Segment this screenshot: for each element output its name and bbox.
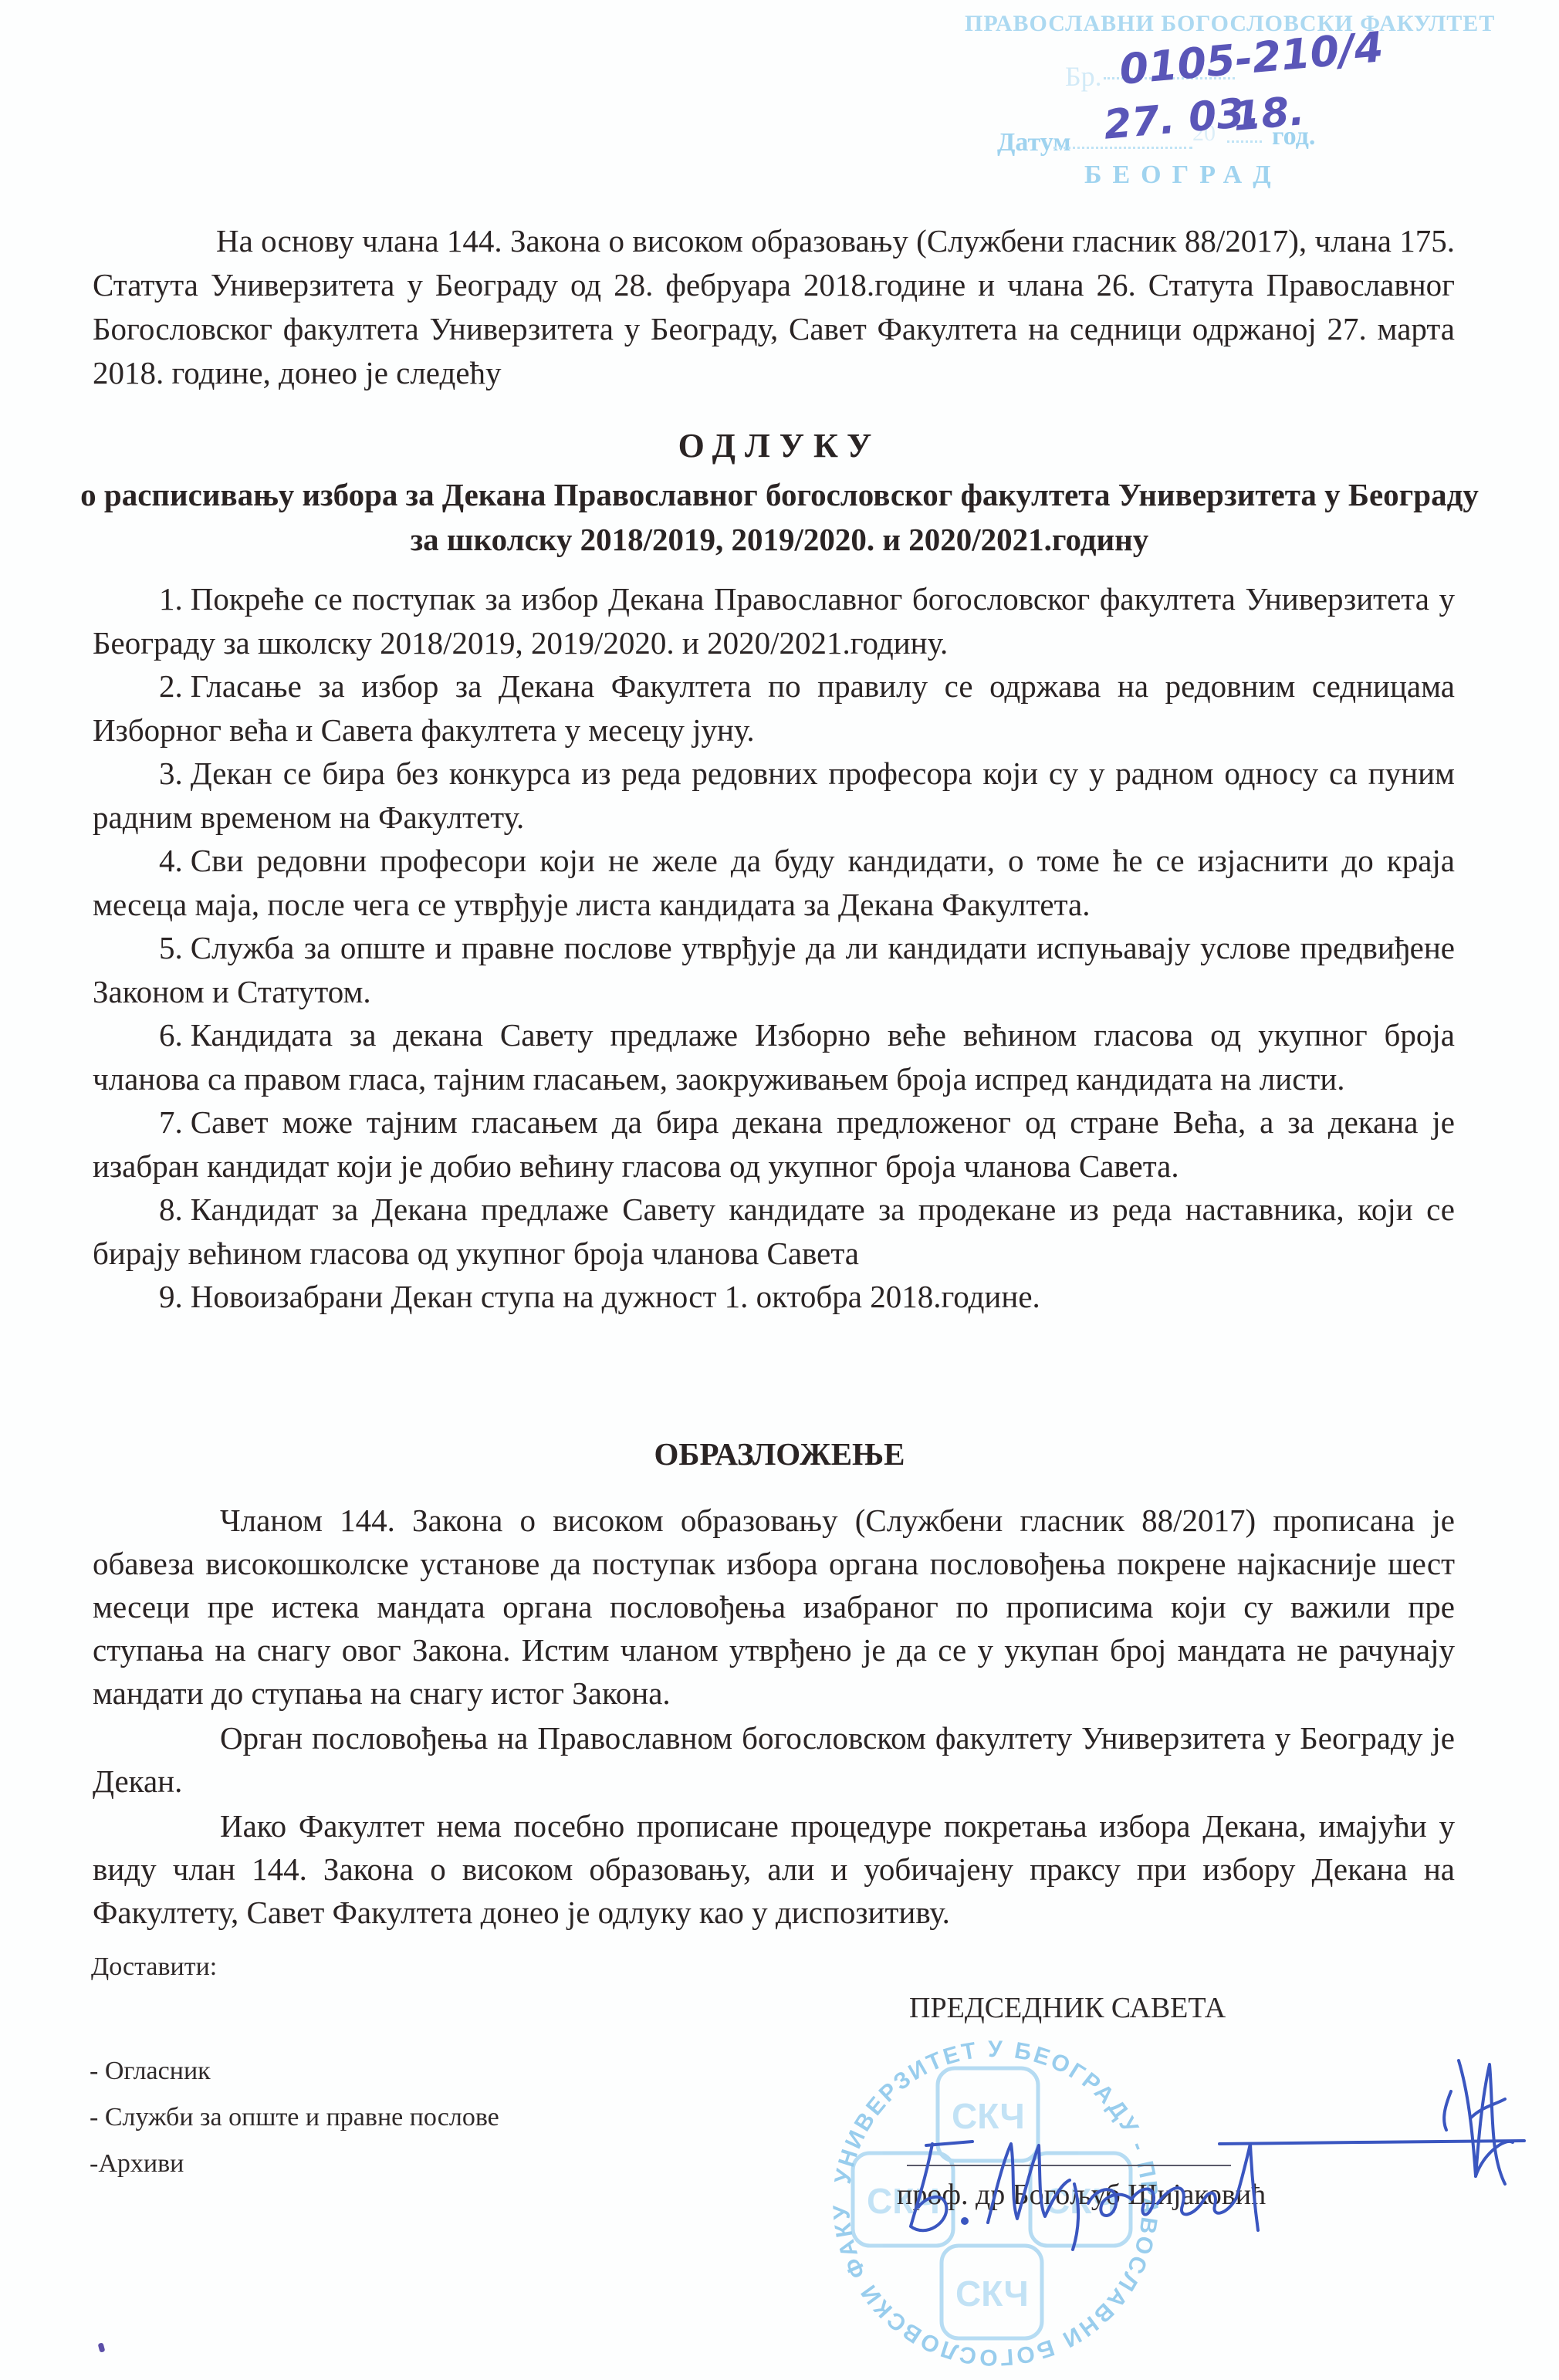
rationale-paragraph: Орган пословођења на Православном богосл… [93,1716,1455,1803]
item-number: 6. [159,1017,183,1053]
item-number: 4. [159,843,183,878]
item-number: 5. [159,930,183,965]
item-number: 1. [159,581,183,617]
decision-item: 9.Новоизабрани Декан ступа на дужност 1.… [93,1275,1455,1319]
rationale-paragraph: Иако Факултет нема посебно прописане про… [93,1804,1455,1934]
decision-title: ОДЛУКУ [77,426,1482,465]
signatory-title: ПРЕДСЕДНИК САВЕТА [909,1991,1226,2025]
item-text: Савет може тајним гласањем да бира декан… [93,1104,1455,1184]
registry-date-label: Датум [997,128,1070,157]
item-number: 7. [159,1104,183,1140]
recipient-list: - Огласник - Служби за опште и правне по… [90,2048,499,2187]
decision-item: 3.Декан се бира без конкурса из реда ред… [93,752,1455,839]
decision-item: 8.Кандидат за Декана предлаже Савету кан… [93,1188,1455,1275]
svg-text:СКЧ: СКЧ [955,2274,1029,2314]
decision-item: 2.Гласање за избор за Декана Факултета п… [93,664,1455,752]
item-text: Служба за опште и правне послове утврђуј… [93,930,1455,1009]
item-number: 2. [159,668,183,704]
registry-stamp-institution: ПРАВОСЛАВНИ БОГОСЛОВСКИ ФАКУЛТЕТ [965,11,1495,37]
ink-speck [98,2342,106,2352]
item-text: Новоизабрани Декан ступа на дужност 1. о… [191,1279,1040,1314]
decision-item: 7.Савет може тајним гласањем да бира дек… [93,1100,1455,1188]
item-number: 9. [159,1279,183,1314]
item-text: Кандидата за декана Савету предлаже Избо… [93,1017,1455,1097]
item-text: Сви редовни професори који не желе да бу… [93,843,1455,922]
registry-year-dotted-line [1227,140,1262,143]
rationale-paragraph: Чланом 144. Закона о високом образовању … [93,1499,1455,1715]
registry-city: БЕОГРАД [1084,161,1282,190]
item-text: Гласање за избор за Декана Факултета по … [93,668,1455,748]
registry-stamp: ПРАВОСЛАВНИ БОГОСЛОВСКИ ФАКУЛТЕТ Бр. 010… [957,0,1389,193]
rationale-heading: ОБРАЗЛОЖЕЊЕ [77,1435,1482,1472]
intro-paragraph: На основу члана 144. Закона о високом об… [93,219,1455,395]
document-page: ПРАВОСЛАВНИ БОГОСЛОВСКИ ФАКУЛТЕТ Бр. 010… [0,0,1559,2380]
item-text: Декан се бира без конкурса из реда редов… [93,756,1455,835]
item-text: Кандидат за Декана предлаже Савету канди… [93,1192,1455,1271]
item-text: Покреће се поступак за избор Декана Прав… [93,581,1455,661]
recipient-item: -Архиви [90,2141,499,2187]
decision-items: 1.Покреће се поступак за избор Декана Пр… [93,577,1455,1319]
item-number: 3. [159,756,183,791]
registry-number-label: Бр. [1065,60,1102,93]
recipient-item: - Служби за опште и правне послове [90,2094,499,2141]
decision-item: 1.Покреће се поступак за избор Декана Пр… [93,577,1455,664]
recipient-item: - Огласник [90,2048,499,2094]
decision-item: 6.Кандидата за декана Савету предлаже Из… [93,1013,1455,1100]
decision-item: 4.Сви редовни професори који не желе да … [93,839,1455,926]
registry-year-suffix: год. [1272,122,1315,151]
decision-item: 5.Служба за опште и правне послове утврђ… [93,926,1455,1013]
handwritten-signature-icon [895,2045,1559,2277]
rationale-body: Чланом 144. Закона о високом образовању … [93,1499,1455,1935]
decision-subtitle: о расписивању избора за Декана Православ… [77,472,1482,562]
delivery-label: Доставити: [91,1952,217,1982]
item-number: 8. [159,1192,183,1227]
